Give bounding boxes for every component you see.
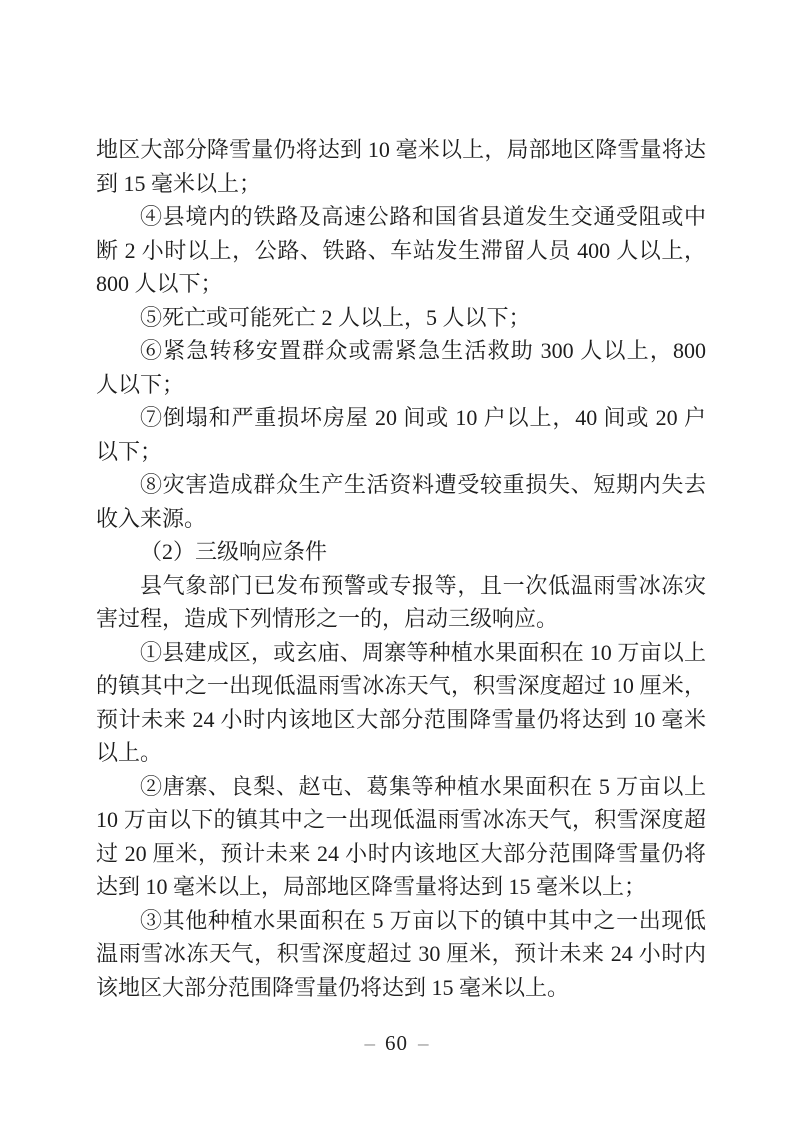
paragraph-item-4: ④县境内的铁路及高速公路和国省县道发生交通受阻或中断 2 小时以上，公路、铁路、… (96, 200, 706, 301)
document-page: 地区大部分降雪量仍将达到 10 毫米以上，局部地区降雪量将达到 15 毫米以上；… (0, 0, 793, 1122)
paragraph-level3-item-1: ①县建成区，或玄庙、周寨等种植水果面积在 10 万亩以上的镇其中之一出现低温雨雪… (96, 636, 706, 770)
paragraph-item-6: ⑥紧急转移安置群众或需紧急生活救助 300 人以上，800 人以下； (96, 334, 706, 401)
paragraph-level3-item-3: ③其他种植水果面积在 5 万亩以下的镇中其中之一出现低温雨雪冰冻天气，积雪深度超… (96, 904, 706, 1005)
footer-right-dash: – (408, 1031, 439, 1055)
paragraph-continuation: 地区大部分降雪量仍将达到 10 毫米以上，局部地区降雪量将达到 15 毫米以上； (96, 133, 706, 200)
paragraph-item-8: ⑧灾害造成群众生产生活资料遭受较重损失、短期内失去收入来源。 (96, 468, 706, 535)
text-content: 地区大部分降雪量仍将达到 10 毫米以上，局部地区降雪量将达到 15 毫米以上；… (96, 133, 706, 1004)
page-footer: –60– (0, 1031, 793, 1056)
paragraph-item-7: ⑦倒塌和严重损坏房屋 20 间或 10 户以上，40 间或 20 户以下； (96, 401, 706, 468)
page-number: 60 (385, 1031, 408, 1055)
paragraph-level3-item-2: ②唐寨、良梨、赵屯、葛集等种植水果面积在 5 万亩以上 10 万亩以下的镇其中之… (96, 770, 706, 904)
paragraph-item-5: ⑤死亡或可能死亡 2 人以上，5 人以下； (96, 301, 706, 335)
heading-level3-conditions: （2）三级响应条件 (96, 535, 706, 569)
footer-left-dash: – (355, 1031, 386, 1055)
paragraph-level3-intro: 县气象部门已发布预警或专报等，且一次低温雨雪冰冻灾害过程，造成下列情形之一的，启… (96, 569, 706, 636)
